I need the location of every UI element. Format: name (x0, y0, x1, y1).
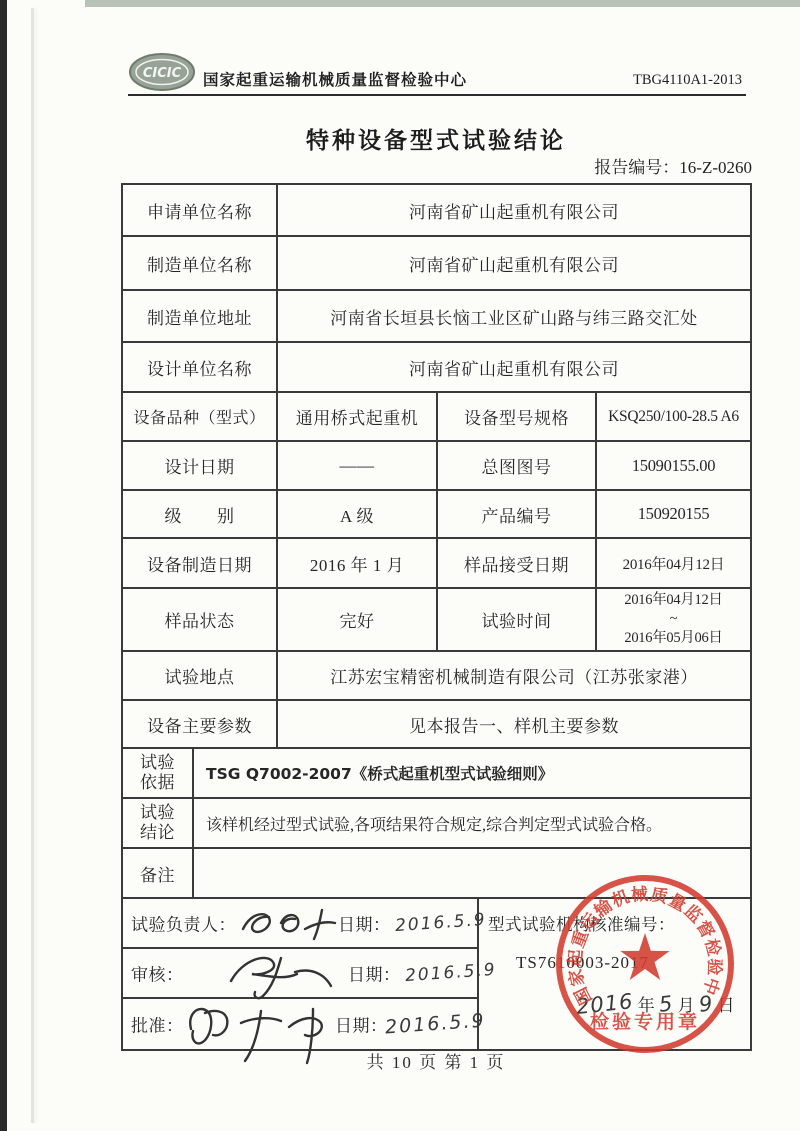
table-row: 试验依据 TSG Q7002-2007《桥式起重机型式试验细则》 (123, 749, 750, 799)
svg-text:CICIC: CICIC (143, 66, 182, 81)
row-value: —— (278, 442, 438, 489)
table-row: 设计日期 —— 总图图号 15090155.00 (123, 442, 750, 491)
reviewer-signature (223, 947, 339, 1001)
header-rule (128, 94, 746, 96)
approver-label: 批准： (131, 1012, 184, 1037)
row-value: 2016年04月12日 (597, 539, 750, 587)
row-label: 试验结论 (123, 799, 194, 847)
row-label: 设备主要参数 (123, 701, 278, 747)
handwritten-year: 2016 (575, 989, 635, 1019)
page-title: 特种设备型式试验结论 (0, 122, 800, 155)
date-label: 日期： (348, 961, 401, 986)
handwritten-date: 2016.5.9 (384, 1010, 486, 1039)
test-date-from: 2016年04月12日 (624, 592, 722, 608)
label-line: 试验 (140, 803, 175, 822)
table-row: 样品状态 完好 试验时间 2016年04月12日 ~ 2016年05月06日 (123, 589, 750, 652)
row-value: 河南省长垣县长恼工业区矿山路与纬三路交汇处 (278, 291, 750, 341)
row-value: 2016 年 1 月 (278, 539, 438, 587)
label-line: 依据 (140, 773, 175, 792)
day-char: 日 (717, 996, 734, 1015)
row-label: 样品接受日期 (438, 539, 597, 587)
row-label: 试验时间 (438, 589, 597, 650)
row-value: A 级 (278, 491, 438, 537)
row-label: 级 别 (123, 491, 278, 537)
label-line: 试验 (140, 753, 175, 772)
row-value: 通用桥式起重机 (278, 393, 438, 440)
row-value: 完好 (278, 589, 438, 650)
approval-number-label: 型式试验机构核准编号： (488, 911, 675, 935)
row-value: 河南省矿山起重机有限公司 (278, 185, 750, 235)
label-line: 结论 (140, 823, 175, 842)
row-label: 备注 (123, 849, 194, 897)
report-number-label: 报告编号： (594, 158, 679, 177)
scanned-report-page: CICIC 国家起重运输机械质量监督检验中心 TBG4110A1-2013 特种… (0, 0, 800, 1131)
row-value: 见本报告一、样机主要参数 (278, 701, 750, 747)
approval-cell: 型式试验机构核准编号： TS7610003-2017 2016 年 5 月 9 … (480, 899, 748, 1047)
table-row: 设备制造日期 2016 年 1 月 样品接受日期 2016年04月12日 (123, 539, 750, 589)
row-value: 江苏宏宝精密机械制造有限公司（江苏张家港） (278, 652, 750, 699)
test-leader-label: 试验负责人： (131, 911, 236, 936)
org-name: 国家起重运输机械质量监督检验中心 (203, 68, 467, 90)
cicic-logo-icon: CICIC (127, 51, 197, 93)
signature-cell: 批准： 日期： 2016.5.9 (123, 999, 479, 1049)
table-row: 备注 (123, 849, 750, 899)
signature-cell: 试验负责人： 日期： 2016.5.9 (123, 899, 479, 949)
year-char: 年 (638, 996, 655, 1015)
handwritten-day: 9 (698, 991, 715, 1016)
approval-date: 2016 年 5 月 9 日 (576, 991, 734, 1016)
row-value: 150920155 (597, 491, 750, 537)
table-row: 制造单位名称 河南省矿山起重机有限公司 (123, 237, 750, 291)
signature-cell: 审核： 日期： 2016.5.9 (123, 949, 479, 999)
row-label: 设备品种（型式） (123, 393, 278, 440)
test-date-to: 2016年05月06日 (624, 630, 722, 646)
row-label: 申请单位名称 (123, 185, 278, 235)
handwritten-date: 2016.5.9 (394, 910, 487, 936)
row-value: 15090155.00 (597, 442, 750, 489)
row-value: 河南省矿山起重机有限公司 (278, 343, 750, 391)
table-row: 申请单位名称 河南省矿山起重机有限公司 (123, 185, 750, 237)
test-leader-signature (241, 905, 337, 943)
row-value: 2016年04月12日 ~ 2016年05月06日 (597, 589, 750, 650)
month-char: 月 (678, 996, 695, 1015)
table-row: 级 别 A 级 产品编号 150920155 (123, 491, 750, 539)
report-number-line: 报告编号：16-Z-0260 (0, 153, 752, 178)
table-row: 制造单位地址 河南省长垣县长恼工业区矿山路与纬三路交汇处 (123, 291, 750, 343)
date-label: 日期： (338, 911, 391, 936)
approval-number-value: TS7610003-2017 (516, 953, 649, 973)
row-value (194, 849, 750, 897)
table-row: 设备品种（型式） 通用桥式起重机 设备型号规格 KSQ250/100-28.5 … (123, 393, 750, 442)
row-label: 试验地点 (123, 652, 278, 699)
row-value: KSQ250/100-28.5 A6 (597, 393, 750, 440)
table-row: 试验结论 该样机经过型式试验,各项结果符合规定,综合判定型式试验合格。 (123, 799, 750, 849)
row-value: 该样机经过型式试验,各项结果符合规定,综合判定型式试验合格。 (194, 799, 750, 847)
row-label: 试验依据 (123, 749, 194, 797)
row-value: TSG Q7002-2007《桥式起重机型式试验细则》 (194, 749, 750, 797)
document-code: TBG4110A1-2013 (633, 72, 742, 89)
row-label: 制造单位名称 (123, 237, 278, 289)
row-label: 产品编号 (438, 491, 597, 537)
row-label: 设备制造日期 (123, 539, 278, 587)
handwritten-month: 5 (658, 991, 675, 1016)
row-value: 河南省矿山起重机有限公司 (278, 237, 750, 289)
table-row: 设备主要参数 见本报告一、样机主要参数 (123, 701, 750, 749)
tilde: ~ (670, 611, 678, 627)
row-label: 样品状态 (123, 589, 278, 650)
table-row: 设计单位名称 河南省矿山起重机有限公司 (123, 343, 750, 393)
page-footer: 共 10 页 第 1 页 (0, 1048, 800, 1073)
row-label: 制造单位地址 (123, 291, 278, 341)
scan-top-edge (85, 0, 800, 7)
row-label: 设备型号规格 (438, 393, 597, 440)
table-row: 试验地点 江苏宏宝精密机械制造有限公司（江苏张家港） (123, 652, 750, 701)
reviewer-label: 审核： (131, 961, 184, 986)
row-label: 总图图号 (438, 442, 597, 489)
date-label: 日期： (335, 1012, 388, 1037)
row-label: 设计单位名称 (123, 343, 278, 391)
report-number-value: 16-Z-0260 (679, 158, 752, 177)
row-label: 设计日期 (123, 442, 278, 489)
